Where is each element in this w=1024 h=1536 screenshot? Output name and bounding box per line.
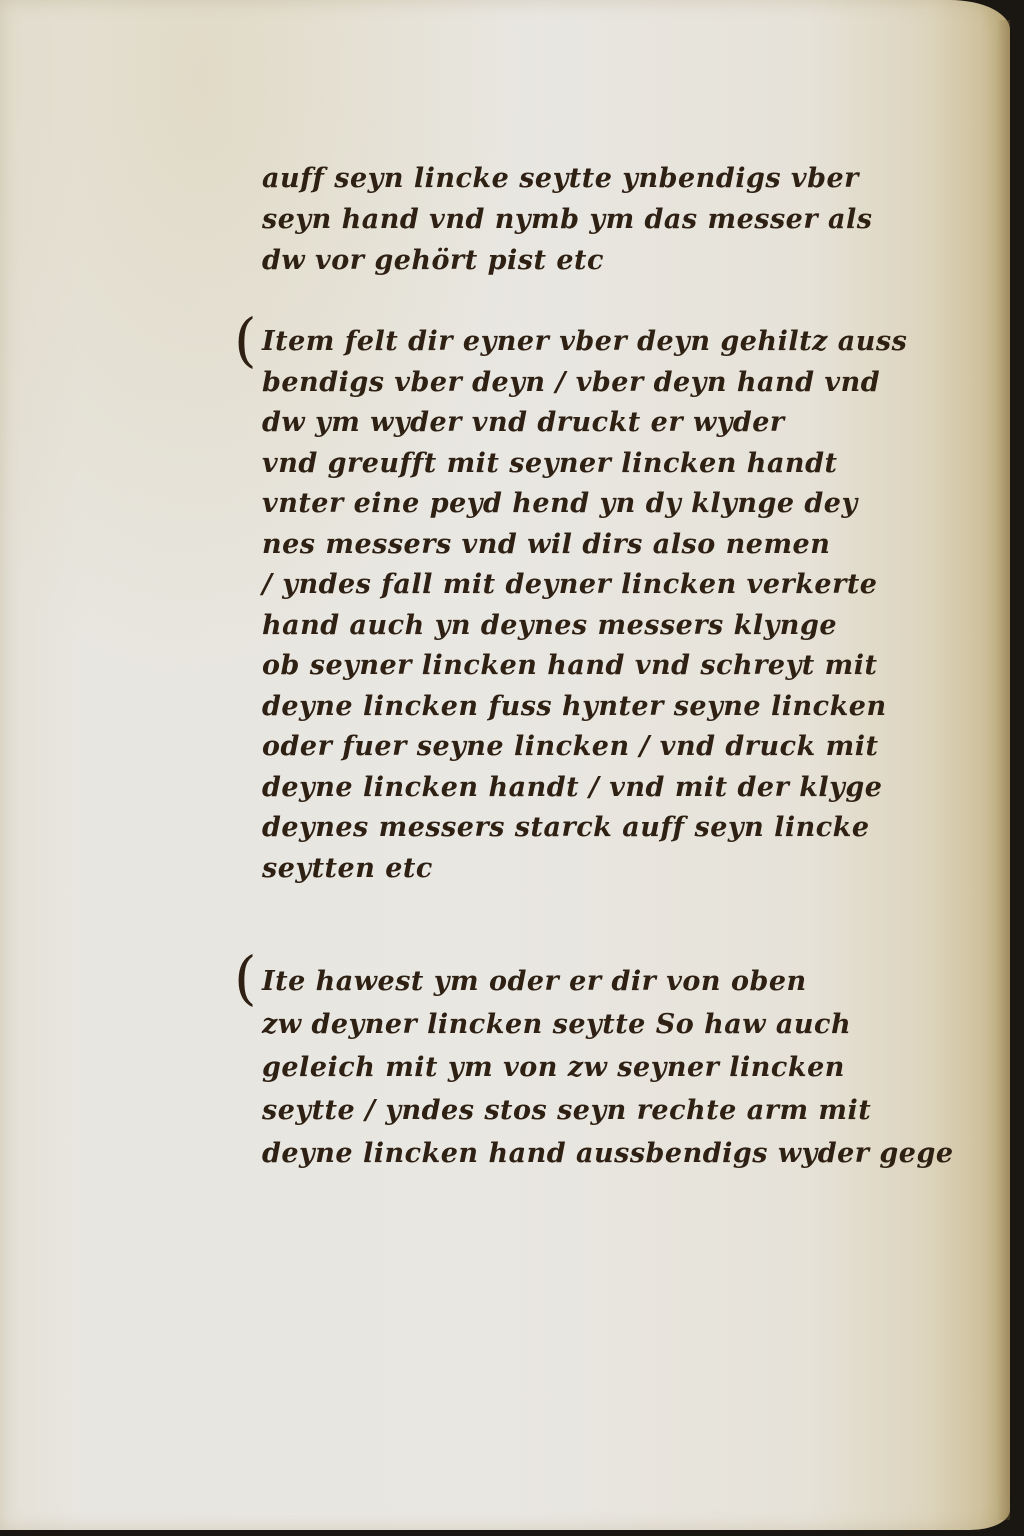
- text-line: deyne lincken fuss hynter seyne lincken: [262, 687, 982, 728]
- text-line: dw vor gehört pist etc: [262, 240, 982, 281]
- text-line: nes messers vnd wil dirs also nemen: [262, 525, 982, 566]
- paragraph-initial-mark: (: [234, 310, 257, 370]
- paragraph-initial-mark: (: [234, 948, 257, 1008]
- paragraph-1: auff seyn lincke seytte ynbendigs vber s…: [262, 158, 982, 281]
- text-line: ob seyner lincken hand vnd schreyt mit: [262, 646, 982, 687]
- text-line: hand auch yn deynes messers klynge: [262, 606, 982, 647]
- text-line: deynes messers starck auff seyn lincke: [262, 808, 982, 849]
- text-line: auff seyn lincke seytte ynbendigs vber: [262, 158, 982, 199]
- text-line: Item felt dir eyner vber deyn gehiltz au…: [262, 322, 982, 363]
- paragraph-2: ( Item felt dir eyner vber deyn gehiltz …: [262, 322, 982, 889]
- text-line: deyne lincken hand aussbendigs wyder geg…: [262, 1132, 982, 1175]
- text-line: deyne lincken handt / vnd mit der klyge: [262, 768, 982, 809]
- text-line: bendigs vber deyn / vber deyn hand vnd: [262, 363, 982, 404]
- manuscript-page: auff seyn lincke seytte ynbendigs vber s…: [0, 0, 1010, 1530]
- text-line: seyn hand vnd nymb ym das messer als: [262, 199, 982, 240]
- text-line: Ite hawest ym oder er dir von oben: [262, 960, 982, 1003]
- text-line: vnter eine peyd hend yn dy klynge dey: [262, 484, 982, 525]
- text-line: seytte / yndes stos seyn rechte arm mit: [262, 1089, 982, 1132]
- text-line: seytten etc: [262, 849, 982, 890]
- paragraph-3: ( Ite hawest ym oder er dir von oben zw …: [262, 960, 982, 1175]
- text-line: zw deyner lincken seytte So haw auch: [262, 1003, 982, 1046]
- text-line: dw ym wyder vnd druckt er wyder: [262, 403, 982, 444]
- text-line: oder fuer seyne lincken / vnd druck mit: [262, 727, 982, 768]
- text-line: vnd greufft mit seyner lincken handt: [262, 444, 982, 485]
- text-line: / yndes fall mit deyner lincken verkerte: [262, 565, 982, 606]
- text-line: geleich mit ym von zw seyner lincken: [262, 1046, 982, 1089]
